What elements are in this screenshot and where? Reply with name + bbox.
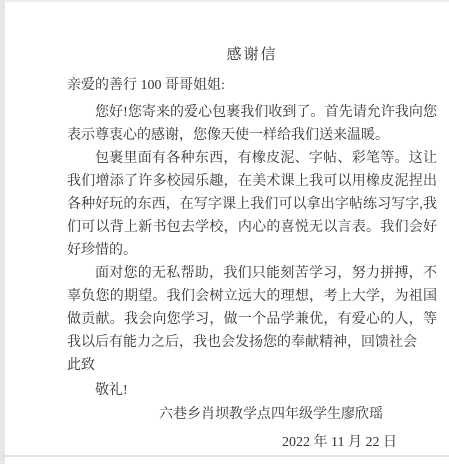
letter-paragraph-3: 面对您的无私帮助，我们只能刻苦学习，努力拼搏，不辜负您的期望。我们会树立远大的理… xyxy=(67,262,437,354)
page-edge-top xyxy=(0,0,449,2)
letter-signature: 六巷乡肖坝教学点四年级学生廖欣瑶 xyxy=(67,403,437,426)
letter-content: 感谢信 亲爱的善行 100 哥哥姐姐: 您好!您寄来的爱心包裹我们收到了。首先请… xyxy=(67,44,437,454)
letter-page: 感谢信 亲爱的善行 100 哥哥姐姐: 您好!您寄来的爱心包裹我们收到了。首先请… xyxy=(0,0,449,464)
page-edge-bottom xyxy=(0,455,449,457)
letter-salutation: 亲爱的善行 100 哥哥姐姐: xyxy=(67,74,437,97)
letter-paragraph-1: 您好!您寄来的爱心包裹我们收到了。首先请允许我向您表示尊衷心的感谢，您像天使一样… xyxy=(67,101,437,147)
letter-paragraph-2: 包裹里面有各种东西，有橡皮泥、字帖、彩笔等。这让我们增添了许多校园乐趣，在美术课… xyxy=(67,147,437,262)
letter-date: 2022 年 11 月 22 日 xyxy=(67,431,437,454)
letter-closing: 此致 xyxy=(67,354,437,377)
page-edge-left xyxy=(0,0,5,464)
letter-title: 感谢信 xyxy=(67,44,437,67)
letter-salute: 敬礼! xyxy=(67,379,437,402)
